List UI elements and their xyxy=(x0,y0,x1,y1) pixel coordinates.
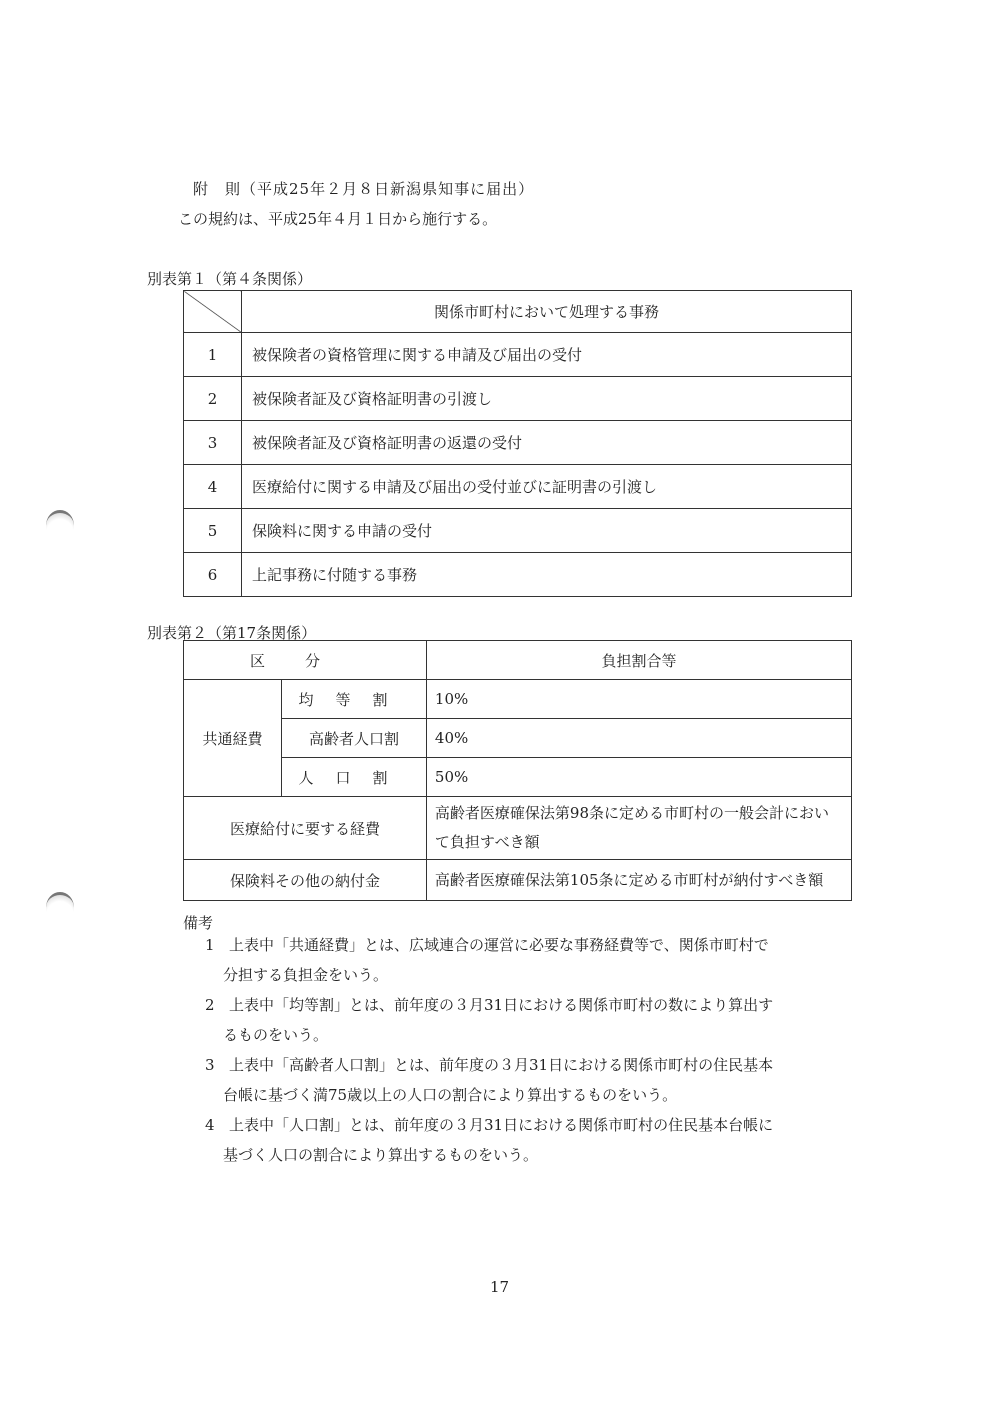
row-label: 人口割 xyxy=(282,758,427,797)
table-row: 5保険料に関する申請の受付 xyxy=(184,509,852,553)
punch-hole-top xyxy=(46,510,74,541)
note-text-cont: 基づく人口の割合により算出するものをいう。 xyxy=(205,1140,845,1170)
note-text: 上表中「人口割」とは、前年度の３月31日における関係市町村の住民基本台帳に xyxy=(229,1116,773,1134)
table-row: 6上記事務に付随する事務 xyxy=(184,553,852,597)
table-row: 3被保険者証及び資格証明書の返還の受付 xyxy=(184,421,852,465)
note-number: 3 xyxy=(205,1050,229,1080)
row-number: 2 xyxy=(184,377,242,421)
note-number: 1 xyxy=(205,930,229,960)
supplementary-provision-text: この規約は、平成25年４月１日から施行する。 xyxy=(178,208,497,229)
note-text-cont: るものをいう。 xyxy=(205,1020,845,1050)
table-row: 共通経費 均等割 10% xyxy=(184,680,852,719)
row-value: 40% xyxy=(426,719,851,758)
supplementary-provision-title: 附 則（平成25年２月８日新潟県知事に届出） xyxy=(193,178,534,199)
row-label: 均等割 xyxy=(282,680,427,719)
row-text: 被保険者証及び資格証明書の返還の受付 xyxy=(242,421,852,465)
table-row: 保険料その他の納付金 高齢者医療確保法第105条に定める市町村が納付すべき額 xyxy=(184,860,852,901)
row-text: 医療給付に関する申請及び届出の受付並びに証明書の引渡し xyxy=(242,465,852,509)
table2-cost-sharing: 区分 負担割合等 共通経費 均等割 10% 高齢者人口割 40% 人口割 50%… xyxy=(183,640,852,901)
common-expense-label: 共通経費 xyxy=(184,680,282,797)
table1-title: 別表第１（第４条関係） xyxy=(147,268,312,289)
table-row: 4医療給付に関する申請及び届出の受付並びに証明書の引渡し xyxy=(184,465,852,509)
table1-header: 関係市町村において処理する事務 xyxy=(242,291,852,333)
header-ratio: 負担割合等 xyxy=(426,641,851,680)
row-number: 3 xyxy=(184,421,242,465)
row-number: 5 xyxy=(184,509,242,553)
note-item: 4上表中「人口割」とは、前年度の３月31日における関係市町村の住民基本台帳に 基… xyxy=(205,1110,845,1170)
row-number: 6 xyxy=(184,553,242,597)
table-row: 人口割 50% xyxy=(184,758,852,797)
row-label: 高齢者人口割 xyxy=(282,719,427,758)
row-value: 50% xyxy=(426,758,851,797)
row-text: 被保険者証及び資格証明書の引渡し xyxy=(242,377,852,421)
page-number: 17 xyxy=(490,1278,509,1296)
note-text: 上表中「均等割」とは、前年度の３月31日における関係市町村の数により算出す xyxy=(229,996,773,1014)
table-row: 高齢者人口割 40% xyxy=(184,719,852,758)
note-text: 上表中「共通経費」とは、広域連合の運営に必要な事務経費等で、関係市町村で xyxy=(229,936,769,954)
table-row: 医療給付に要する経費 高齢者医療確保法第98条に定める市町村の一般会計において負… xyxy=(184,797,852,860)
table-row: 1被保険者の資格管理に関する申請及び届出の受付 xyxy=(184,333,852,377)
note-text-cont: 台帳に基づく満75歳以上の人口の割合により算出するものをいう。 xyxy=(205,1080,845,1110)
note-number: 4 xyxy=(205,1110,229,1140)
note-item: 2上表中「均等割」とは、前年度の３月31日における関係市町村の数により算出す る… xyxy=(205,990,845,1050)
table-row: 2被保険者証及び資格証明書の引渡し xyxy=(184,377,852,421)
row-label: 保険料その他の納付金 xyxy=(184,860,427,901)
header-category: 区分 xyxy=(184,641,427,680)
note-item: 1上表中「共通経費」とは、広域連合の運営に必要な事務経費等で、関係市町村で 分担… xyxy=(205,930,845,990)
punch-hole-bottom xyxy=(46,892,74,923)
note-number: 2 xyxy=(205,990,229,1020)
row-text: 保険料に関する申請の受付 xyxy=(242,509,852,553)
note-item: 3上表中「高齢者人口割」とは、前年度の３月31日における関係市町村の住民基本 台… xyxy=(205,1050,845,1110)
row-number: 4 xyxy=(184,465,242,509)
row-text: 被保険者の資格管理に関する申請及び届出の受付 xyxy=(242,333,852,377)
note-text: 上表中「高齢者人口割」とは、前年度の３月31日における関係市町村の住民基本 xyxy=(229,1056,773,1074)
note-text-cont: 分担する負担金をいう。 xyxy=(205,960,845,990)
row-text: 上記事務に付随する事務 xyxy=(242,553,852,597)
diagonal-header-cell xyxy=(184,291,242,333)
table1-office-tasks: 関係市町村において処理する事務 1被保険者の資格管理に関する申請及び届出の受付 … xyxy=(183,290,852,597)
row-value: 高齢者医療確保法第105条に定める市町村が納付すべき額 xyxy=(426,860,851,901)
row-label: 医療給付に要する経費 xyxy=(184,797,427,860)
row-value: 10% xyxy=(426,680,851,719)
row-number: 1 xyxy=(184,333,242,377)
row-value: 高齢者医療確保法第98条に定める市町村の一般会計において負担すべき額 xyxy=(426,797,851,860)
